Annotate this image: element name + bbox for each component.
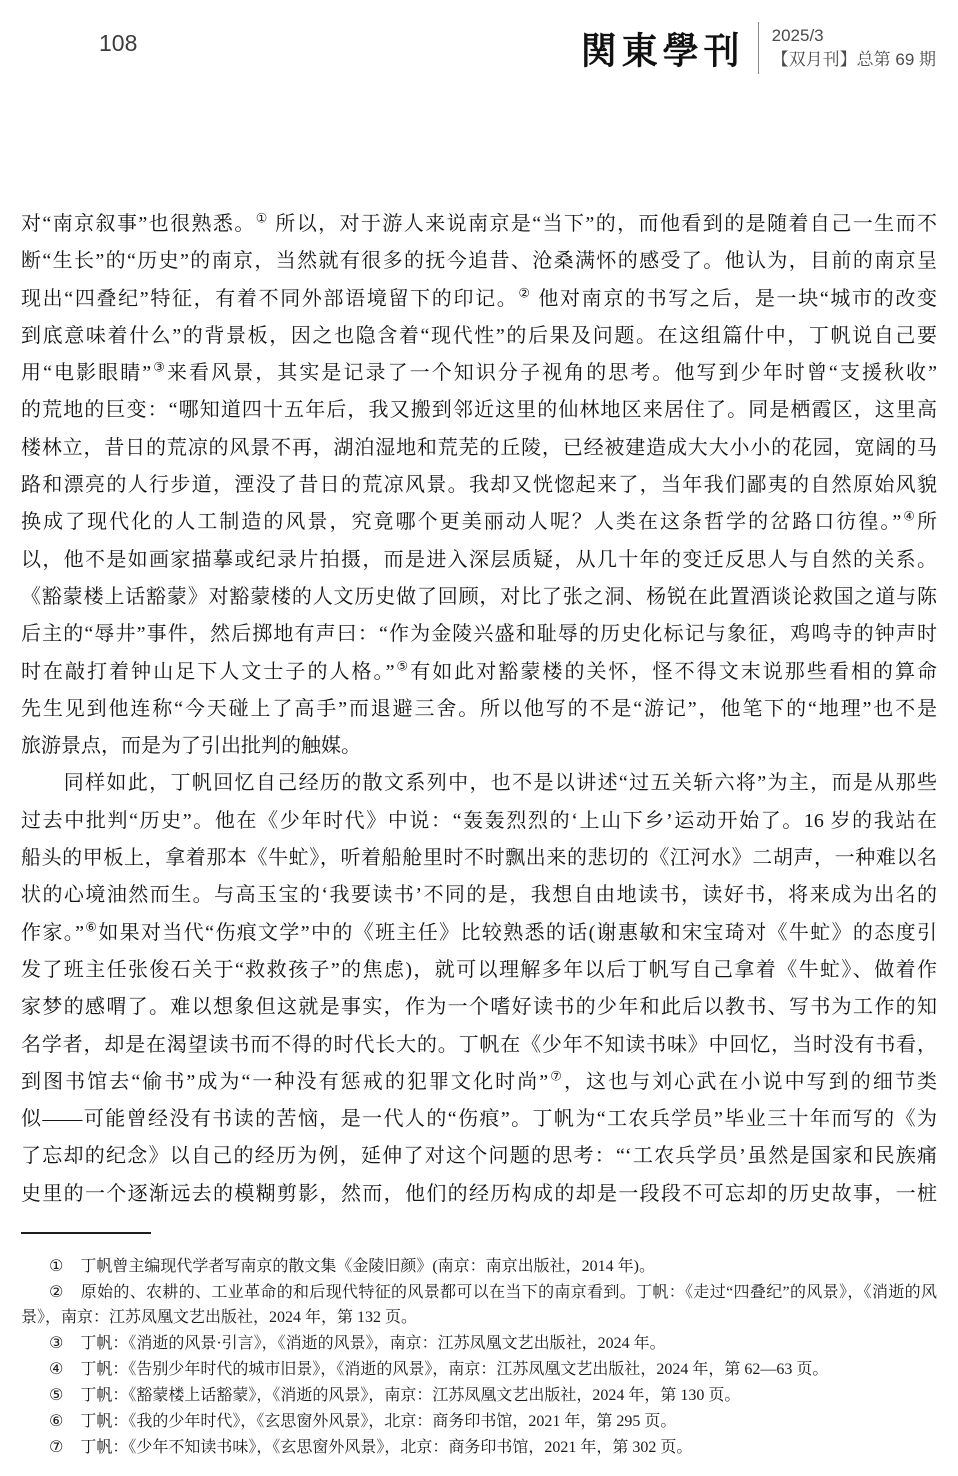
footnote-item: ④丁帆：《告别少年时代的城市旧景》，《消逝的风景》，南京：江苏凤凰文艺出版社，2… xyxy=(21,1357,937,1382)
footnote-separator xyxy=(21,1232,151,1234)
footnote-text: 原始的、农耕的、工业革命的和后现代特征的风景都可以在当下的南京看到。丁帆：《走过… xyxy=(21,1284,937,1326)
body-line: 楼林立，昔日的荒凉的风景不再，湖泊湿地和荒芜的丘陵，已经被建造成大大小小的花园，… xyxy=(21,430,937,467)
article-body: 对“南京叙事”也很熟悉。① 所以，对于游人来说南京是“当下”的，而他看到的是随着… xyxy=(21,206,937,1213)
body-line: 路和漂亮的人行步道，湮没了昔日的荒凉风景。我却又恍惚起来了，当年我们鄙夷的自然原… xyxy=(21,467,937,504)
body-line: 对“南京叙事”也很熟悉。① 所以，对于游人来说南京是“当下”的，而他看到的是随着… xyxy=(21,206,937,243)
body-line: 先生见到他连称“今天碰上了高手”而退避三舍。所以他写的不是“游记”，他笔下的“地… xyxy=(21,691,937,728)
body-line: 断“生长”的“历史”的南京，当然就有很多的抚今追昔、沧桑满怀的感受了。他认为，目… xyxy=(21,243,937,280)
body-line: 状的心境油然而生。与高玉宝的‘我要读书’不同的是，我想自由地读书，读好书，将来成… xyxy=(21,877,937,914)
footnote-ref-marker: ② xyxy=(518,285,531,300)
footnote-ref-marker: ⑦ xyxy=(548,1068,564,1083)
footnotes: ①丁帆曾主编现代学者写南京的散文集《金陵旧颜》(南京：南京出版社，2014 年)… xyxy=(21,1254,937,1461)
footnote-text: 丁帆：《豁蒙楼上话豁蒙》，《消逝的风景》，南京：江苏凤凰文艺出版社，2024 年… xyxy=(80,1387,740,1404)
footnote-marker: ⑥ xyxy=(49,1413,63,1430)
footnote-item: ⑦丁帆：《少年不知读书味》，《玄思窗外风景》，北京：商务印书馆，2021 年，第… xyxy=(21,1435,937,1460)
body-line: 到底意味着什么”的背景板，因之也隐含着“现代性”的后果及问题。在这组篇什中，丁帆… xyxy=(21,318,937,355)
footnote-text: 丁帆：《我的少年时代》，《玄思窗外风景》，北京：商务印书馆，2021 年，第 2… xyxy=(80,1413,676,1430)
footnote-marker: ① xyxy=(49,1258,63,1275)
journal-page: { "header": { "page_number": "108", "jou… xyxy=(0,0,958,1476)
body-line: 过去中批判“历史”。他在《少年时代》中说：“轰轰烈烈的‘上山下乡’运动开始了。1… xyxy=(21,803,937,840)
footnote-text: 丁帆：《少年不知读书味》，《玄思窗外风景》，北京：商务印书馆，2021 年，第 … xyxy=(80,1439,692,1456)
footnote-ref-marker: ⑥ xyxy=(84,919,98,934)
footnote-ref-marker: ⑤ xyxy=(394,658,410,673)
body-line-paragraph-end: 旅游景点，而是为了引出批判的触媒。 xyxy=(21,728,937,765)
footnote-ref-marker: ④ xyxy=(901,509,917,524)
footnote-item: ③丁帆：《消逝的风景·引言》，《消逝的风景》，南京：江苏凤凰文艺出版社，2024… xyxy=(21,1331,937,1356)
body-line: 船头的甲板上，拿着那本《牛虻》，听着船舱里时不时飘出来的悲切的《江河水》二胡声，… xyxy=(21,840,937,877)
body-line: 的荒地的巨变：“哪知道四十五年后，我又搬到邻近这里的仙林地区来居住了。同是栖霞区… xyxy=(21,392,937,429)
body-line: 发了班主任张俊石关于“救救孩子”的焦虑)，就可以理解多年以后丁帆写自己拿着《牛虻… xyxy=(21,952,937,989)
body-line: 后主的“辱井”事件，然后掷地有声曰：“作为金陵兴盛和耻辱的历史化标记与象征，鸡鸣… xyxy=(21,616,937,653)
footnote-marker: ④ xyxy=(49,1361,63,1378)
footnote-marker: ⑤ xyxy=(49,1387,63,1404)
footnote-item: ⑤丁帆：《豁蒙楼上话豁蒙》，《消逝的风景》，南京：江苏凤凰文艺出版社，2024 … xyxy=(21,1383,937,1408)
body-line: 到图书馆去“偷书”成为“一种没有惩戒的犯罪文化时尚”⑦，这也与刘心武在小说中写到… xyxy=(21,1064,937,1101)
footnote-marker: ② xyxy=(49,1284,64,1301)
page-number: 108 xyxy=(99,30,137,57)
footnote-text: 丁帆：《告别少年时代的城市旧景》，《消逝的风景》，南京：江苏凤凰文艺出版社，20… xyxy=(80,1361,828,1378)
body-line: 了忘却的纪念》以自己的经历为例，延伸了对这个问题的思考：“‘工农兵学员’虽然是国… xyxy=(21,1138,937,1175)
footnote-marker: ⑦ xyxy=(49,1439,63,1456)
body-line: 似——可能曾经没有书读的苦恼，是一代人的“伤痕”。丁帆为“工农兵学员”毕业三十年… xyxy=(21,1101,937,1138)
footnote-marker: ③ xyxy=(49,1335,63,1352)
body-line: 用“电影眼睛”③来看风景，其实是记录了一个知识分子视角的思考。他写到少年时曾“支… xyxy=(21,355,937,392)
footnote-text: 丁帆：《消逝的风景·引言》，《消逝的风景》，南京：江苏凤凰文艺出版社，2024 … xyxy=(80,1335,665,1352)
issue-frequency-total: 【双月刊】总第 69 期 xyxy=(772,48,936,72)
body-line: 《豁蒙楼上话豁蒙》对豁蒙楼的人文历史做了回顾，对比了张之洞、杨锐在此置酒谈论救国… xyxy=(21,579,937,616)
footnote-text: 丁帆曾主编现代学者写南京的散文集《金陵旧颜》(南京：南京出版社，2014 年)。 xyxy=(80,1258,655,1275)
body-line: 家梦的感喟了。难以想象但这就是事实，作为一个嗜好读书的少年和此后以教书、写书为工… xyxy=(21,989,937,1026)
body-line: 以，他不是如画家描摹或纪录片拍摄，而是进入深层质疑，从几十年的变迁反思人与自然的… xyxy=(21,542,937,579)
masthead: 関東學刊 2025/3 【双月刊】总第 69 期 xyxy=(581,22,936,74)
body-line-paragraph-start: 同样如此，丁帆回忆自己经历的散文系列中，也不是以讲述“过五关斩六将”为主，而是从… xyxy=(21,765,937,802)
body-line: 换成了现代化的人工制造的风景，究竟哪个更美丽动人呢？人类在这条哲学的岔路口彷徨。… xyxy=(21,504,937,541)
body-line: 作家。”⑥如果对当代“伤痕文学”中的《班主任》比较熟悉的话(谢惠敏和宋宝琦对《牛… xyxy=(21,915,937,952)
footnote-ref-marker: ③ xyxy=(151,360,167,375)
body-line: 现出“四叠纪”特征，有着不同外部语境留下的印记。② 他对南京的书写之后，是一块“… xyxy=(21,281,937,318)
issue-info: 2025/3 【双月刊】总第 69 期 xyxy=(772,24,936,72)
body-line: 名学者，却是在渴望读书而不得的时代长大的。丁帆在《少年不知读书味》中回忆，当时没… xyxy=(21,1027,937,1064)
footnote-item: ①丁帆曾主编现代学者写南京的散文集《金陵旧颜》(南京：南京出版社，2014 年)… xyxy=(21,1254,937,1279)
body-line: 时在敲打着钟山足下人文士子的人格。”⑤有如此对豁蒙楼的关怀，怪不得文末说那些看相… xyxy=(21,654,937,691)
footnote-item: ②原始的、农耕的、工业革命的和后现代特征的风景都可以在当下的南京看到。丁帆：《走… xyxy=(21,1280,937,1330)
journal-title: 関東學刊 xyxy=(581,22,745,74)
body-line: 史里的一个逐渐远去的模糊剪影，然而，他们的经历构成的却是一段段不可忘却的历史故事… xyxy=(21,1176,937,1213)
footnote-item: ⑥丁帆：《我的少年时代》，《玄思窗外风景》，北京：商务印书馆，2021 年，第 … xyxy=(21,1409,937,1434)
issue-year-number: 2025/3 xyxy=(772,24,936,48)
footnote-ref-marker: ① xyxy=(256,210,269,225)
masthead-divider xyxy=(758,22,759,74)
